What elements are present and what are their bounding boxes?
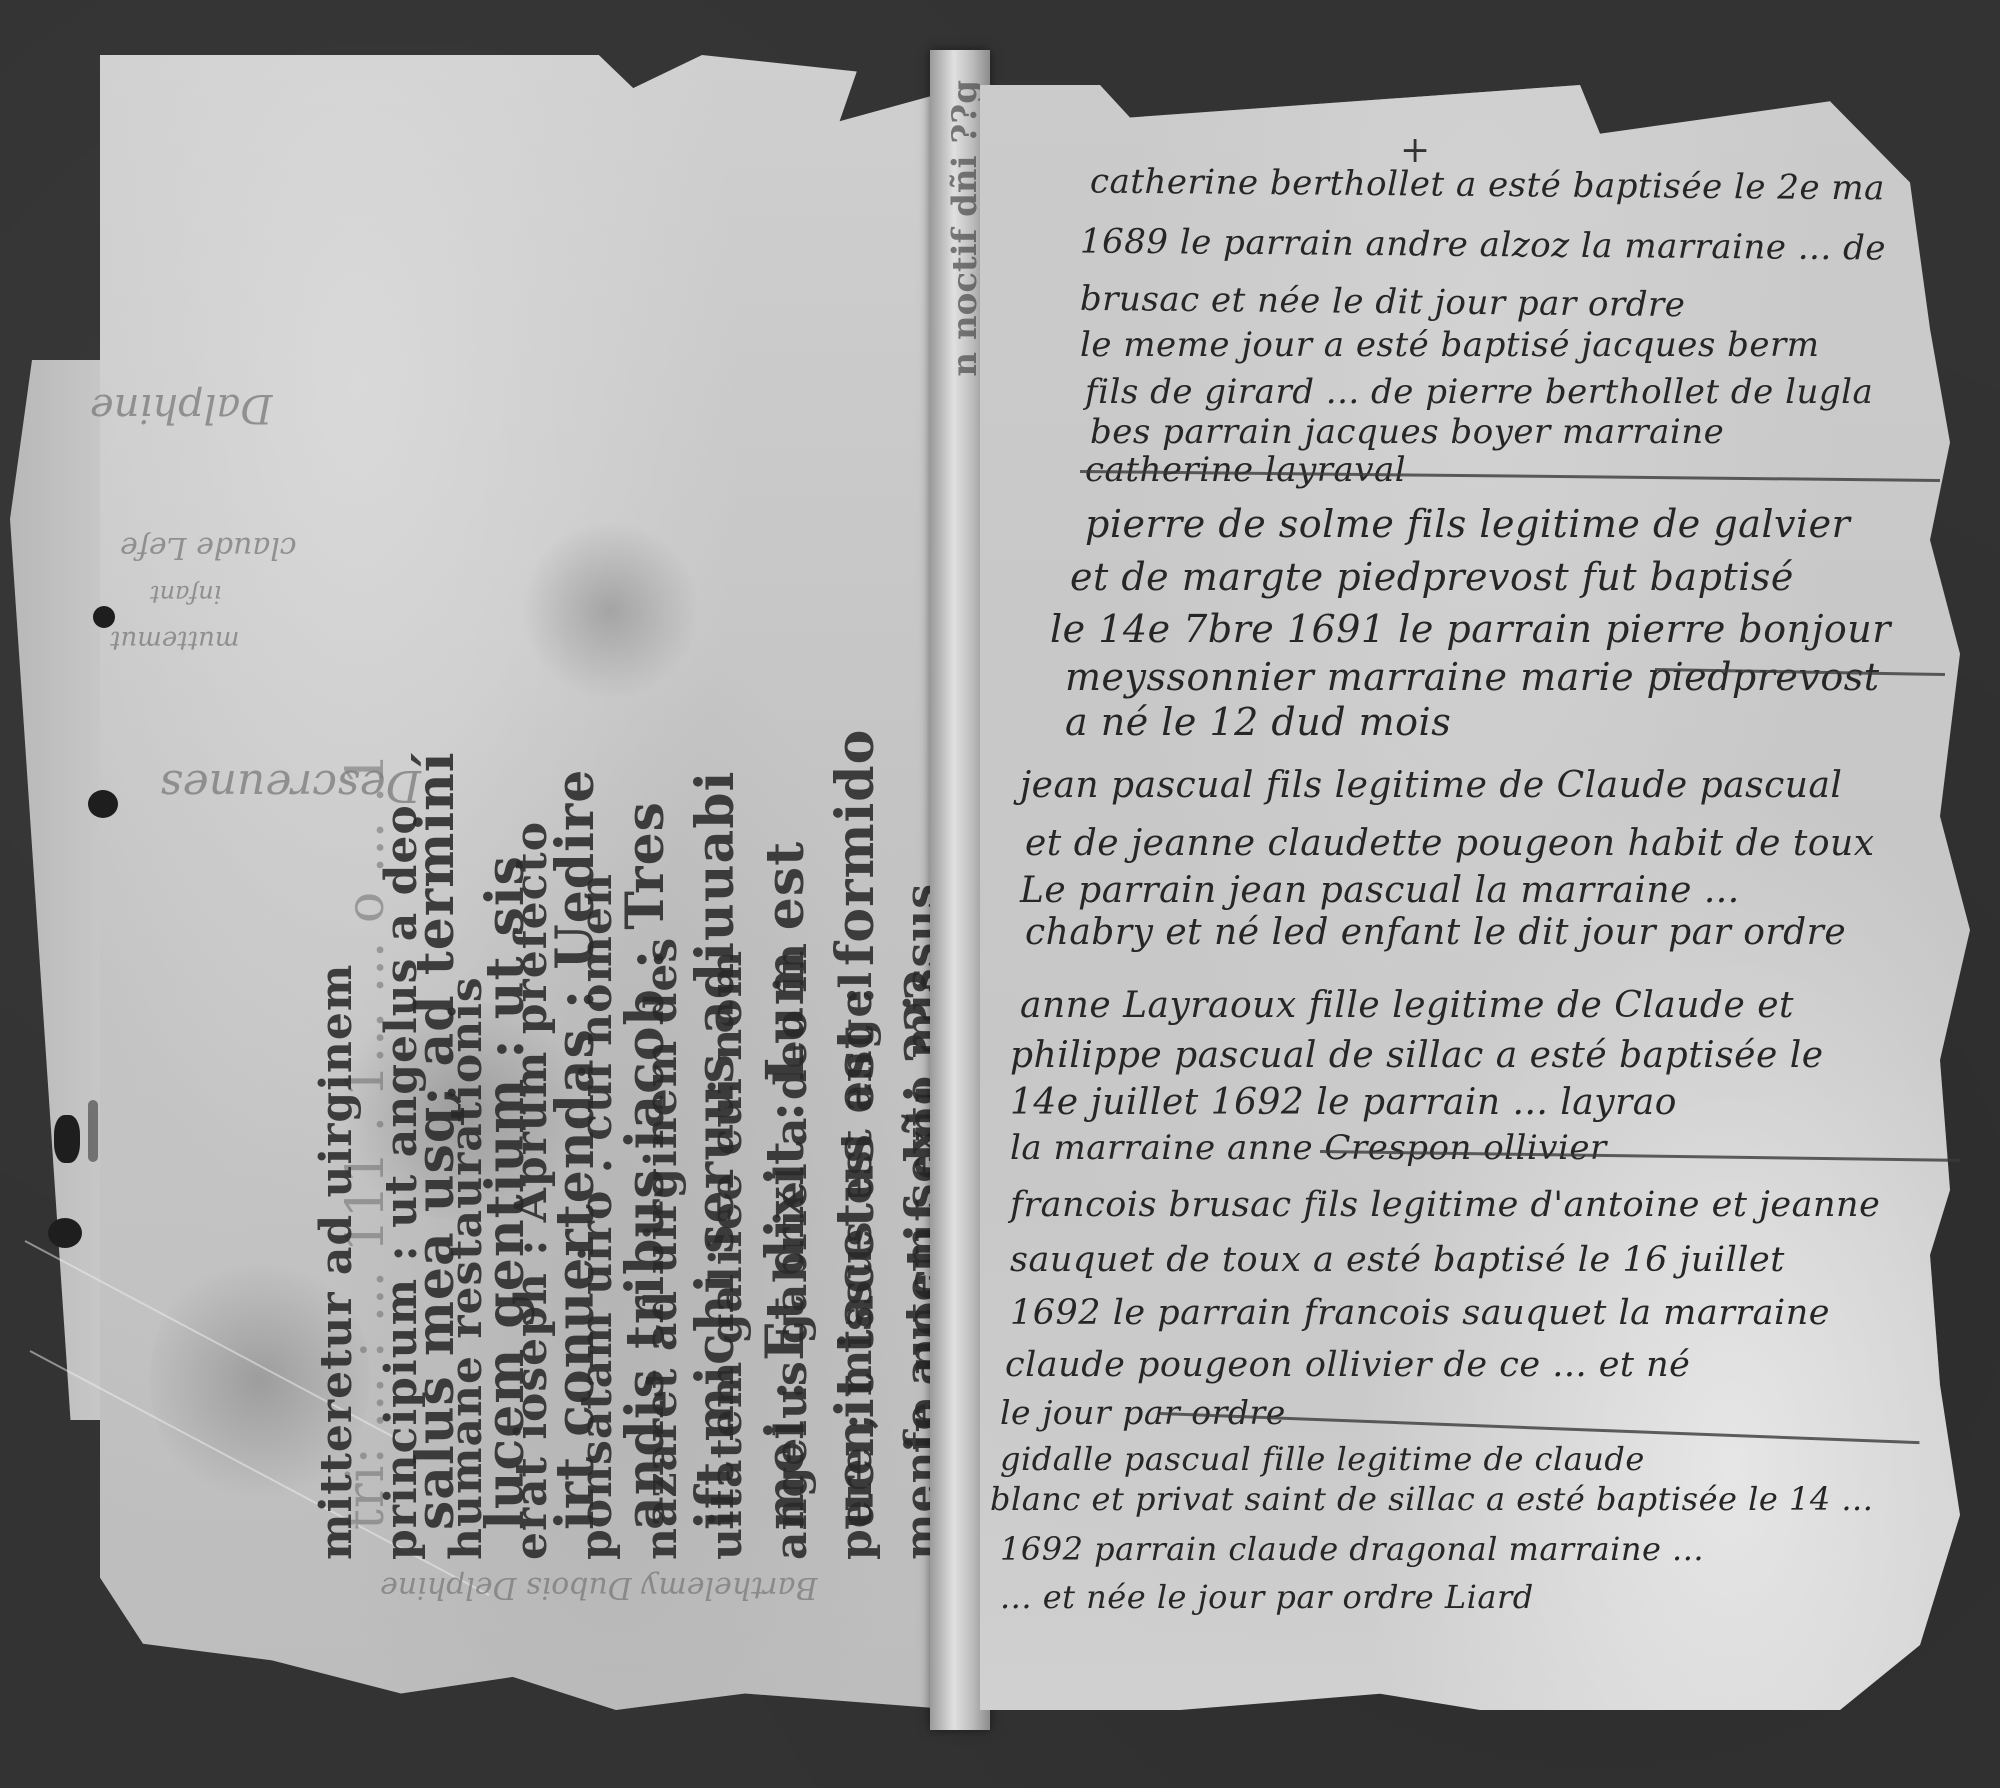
gothic-column: humane restaurationis [445,976,489,1560]
register-line: claude pougeon ollivier de ce ... et né [1005,1345,1690,1385]
register-line: chabry et né led enfant le dit jour par … [1025,912,1846,953]
register-line: bes parrain jacques boyer marraine [1090,412,1724,452]
pencil-annotation: infant [150,580,221,608]
gothic-column: principium : ut angelus a deo [380,804,424,1560]
register-line: fils de girard ... de pierre berthollet … [1085,372,1873,412]
gothic-column: pere ; missus est angel [835,971,879,1560]
gothic-column: angelus gabriel a deo in [770,942,814,1560]
gothic-column: ponsatam uiro . cui nomen [575,873,619,1560]
register-line: pierre de solme fils legitime de galvier [1085,502,1850,546]
register-line: 1692 le parrain francois sauquet la marr… [1010,1293,1830,1333]
pencil-annotation: muttemut [110,625,240,655]
register-line: gidalle pascual fille legitime de claude [1000,1440,1645,1478]
register-line: 1689 le parrain andre alzoz la marraine … [1080,221,1886,268]
register-line: meyssonnier marraine marie piedprevost [1065,655,1880,699]
register-line: Le parrain jean pascual la marraine ... [1020,870,1740,911]
register-line: et de margte piedprevost fut baptisé [1070,555,1794,599]
register-line: a né le 12 dud mois [1065,700,1451,744]
spine-gothic-text: n noctif dñi ??g [945,80,985,377]
ink-blot [93,606,115,628]
pencil-annotation: Descreunes [160,760,421,811]
register-line: jean pascual fils legitime de Claude pas… [1020,765,1842,806]
register-line: et de jeanne claudette pougeon habit de … [1025,823,1875,864]
register-line: anne Layraoux fille legitime de Claude e… [1020,985,1794,1026]
pencil-annotation: claude Lefe [120,530,297,565]
register-line: le meme jour a esté baptisé jacques berm [1080,325,1820,365]
register-line: catherine berthollet a esté baptisée le … [1090,162,1885,209]
register-line: 1692 parrain claude dragonal marraine ..… [1000,1530,1704,1568]
ink-blot [48,1218,82,1248]
pencil-annotation: Dalphine [90,385,272,431]
register-line: la marraine anne Crespon ollivier [1010,1128,1607,1168]
gothic-column: erat ioseph : Aprum prefecto [510,821,554,1560]
register-line: 14e juillet 1692 le parrain ... layrao [1010,1082,1677,1123]
pencil-annotation: Barthelemy Dubois Delphine [380,1570,817,1605]
ink-blot [88,790,118,818]
gothic-text-lower: menfe autem sexto missus pere ; missus e… [300,840,940,1560]
register-line: francois brusac fils legitime d'antoine … [1010,1185,1880,1225]
register-line: sauquet de toux a esté baptisé le 16 jui… [1010,1240,1785,1280]
gothic-column: mitteretur ad uirginem [315,964,359,1560]
register-line: brusac et née le dit jour par ordre [1080,279,1686,325]
ink-drip [88,1100,98,1162]
register-line: le jour par ordre [1000,1393,1286,1432]
register-line: blanc et privat saint de sillac a esté b… [990,1480,1873,1518]
gothic-column: uitatem galilee cui nom [705,950,749,1560]
register-line: le 14e 7bre 1691 le parrain pierre bonjo… [1050,607,1891,651]
gothic-column: nazaret ad uirginem des [640,937,684,1560]
register-line: philippe pascual de sillac a esté baptis… [1010,1035,1824,1076]
register-line: ... et née le jour par ordre Liard [1000,1578,1534,1616]
ink-blot [54,1115,80,1163]
